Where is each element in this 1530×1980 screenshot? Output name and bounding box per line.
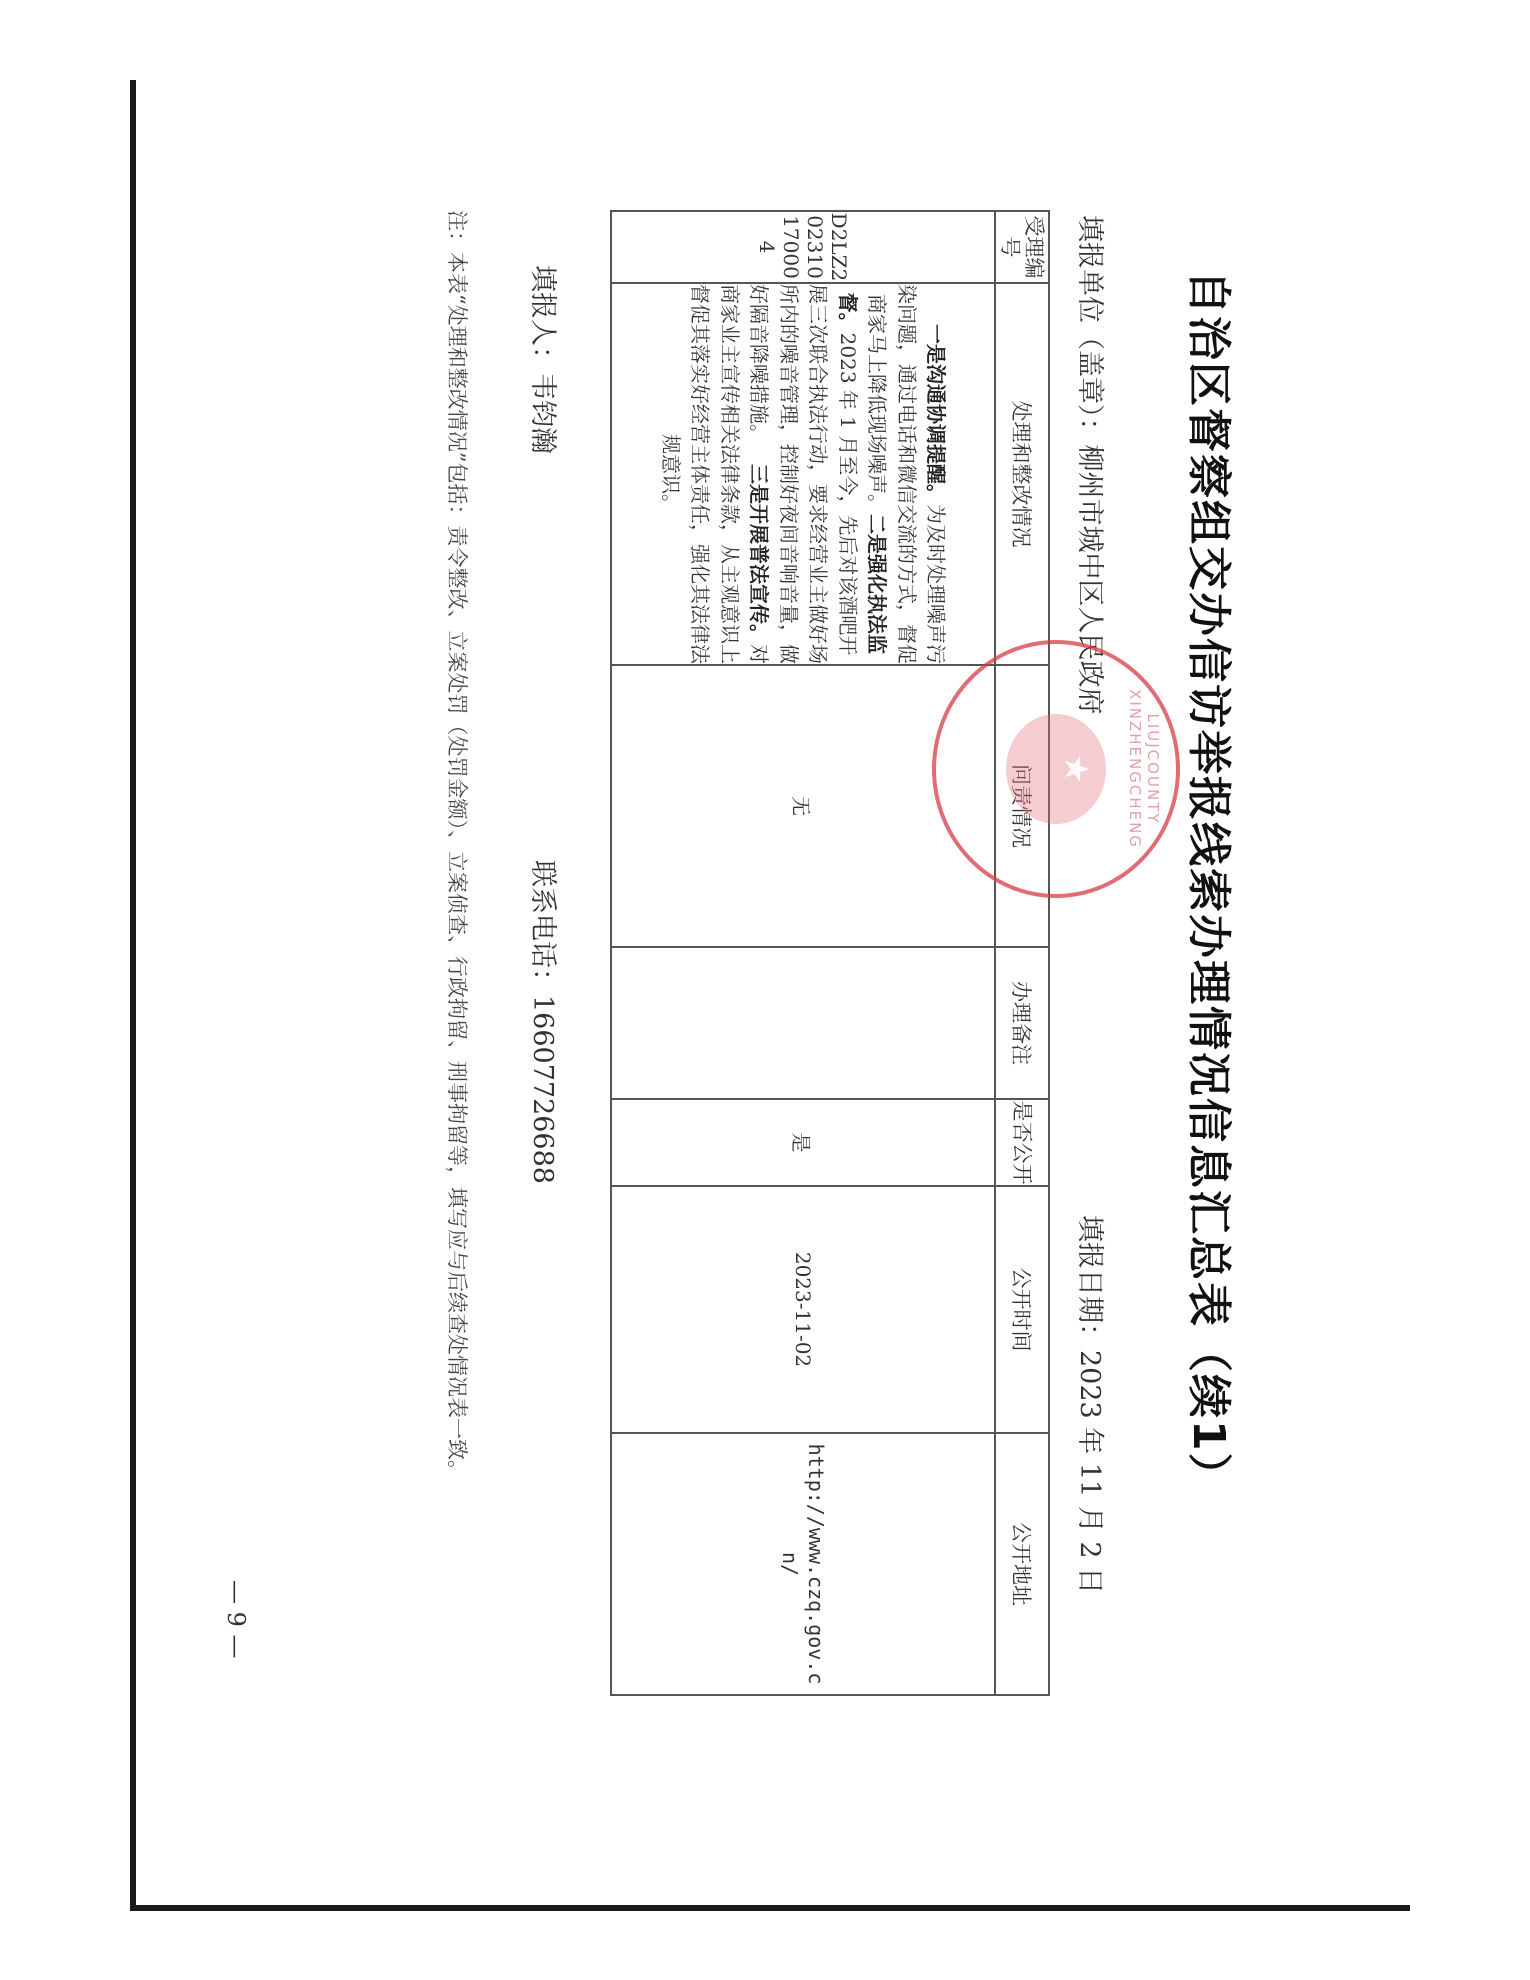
cell-accountability: 无 <box>611 665 995 947</box>
page-number: — 9 — <box>222 1580 250 1659</box>
header-processing: 处理和整改情况 <box>995 283 1049 665</box>
phone-value: 16607726688 <box>527 995 558 1184</box>
header-remarks: 办理备注 <box>995 947 1049 1099</box>
filing-unit: 填报单位（盖章）：柳州市城中区人民政府 <box>1073 215 1112 715</box>
filing-date-label: 填报日期： <box>1074 1215 1105 1350</box>
filing-unit-label: 填报单位（盖章）： <box>1074 215 1105 445</box>
rotated-page: 自治区督察组交办信访举报线索办理情况信息汇总表（续1） 填报单位（盖章）：柳州市… <box>0 0 1530 1980</box>
filing-date-value: 2023 年 11 月 2 日 <box>1074 1350 1105 1594</box>
cell-remarks <box>611 947 995 1099</box>
summary-table: 受理编号 处理和整改情况 问责情况 办理备注 是否公开 公开时间 公开地址 D2… <box>610 210 1050 1696</box>
table-header-row: 受理编号 处理和整改情况 问责情况 办理备注 是否公开 公开时间 公开地址 <box>995 211 1049 1695</box>
cell-public-time: 2023-11-02 <box>611 1186 995 1433</box>
measure-3-title: 三是开展普法宣传。 <box>748 464 772 644</box>
table-row: D2LZ20231017000 4 一是沟通协调提醒。为及时处理噪声污染问题，通… <box>611 211 995 1695</box>
filler-name: 韦钧瀚 <box>527 373 558 454</box>
filing-unit-value: 柳州市城中区人民政府 <box>1074 445 1105 715</box>
header-id: 受理编号 <box>995 211 1049 283</box>
header-public-address: 公开地址 <box>995 1433 1049 1695</box>
measure-1-title: 一是沟通协调提醒。 <box>925 324 949 504</box>
header-public: 是否公开 <box>995 1099 1049 1186</box>
header-public-time: 公开时间 <box>995 1186 1049 1433</box>
filler-label: 填报人： <box>527 265 558 373</box>
filing-date: 填报日期：2023 年 11 月 2 日 <box>1073 1215 1112 1594</box>
star-icon: ★ <box>1056 754 1096 784</box>
header-accountability: 问责情况 <box>995 665 1049 947</box>
filler: 填报人：韦钧瀚 <box>526 265 565 454</box>
cell-id: D2LZ20231017000 4 <box>611 211 995 283</box>
cell-public: 是 <box>611 1099 995 1186</box>
phone-label: 联系电话： <box>527 860 558 995</box>
seal-text: LIUJCOUNTY XINZHENGCHENG <box>1126 644 1162 894</box>
cell-public-address: http://www.czq.gov.cn/ <box>611 1433 995 1695</box>
cell-processing: 一是沟通协调提醒。为及时处理噪声污染问题，通过电话和微信交流的方式，督促商家马上… <box>611 283 995 665</box>
footnote: 注：本表“处理和整改情况”包括：责令整改、立案处罚（处罚金额）、立案侦查、行政拘… <box>439 210 475 1680</box>
document-title: 自治区督察组交办信访举报线索办理情况信息汇总表（续1） <box>1181 270 1245 1750</box>
contact-phone: 联系电话：16607726688 <box>526 860 565 1184</box>
